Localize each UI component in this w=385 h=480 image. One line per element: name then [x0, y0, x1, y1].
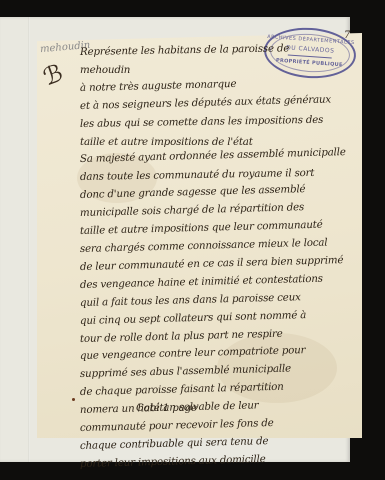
manuscript-text: Représente les habitans de la paroisse d…	[80, 44, 352, 474]
text-line: Représente les habitans de la paroisse d…	[80, 39, 352, 62]
ink-spot	[72, 398, 75, 401]
fold-line	[28, 17, 30, 462]
signature-note: Coté 1 page	[136, 403, 197, 414]
